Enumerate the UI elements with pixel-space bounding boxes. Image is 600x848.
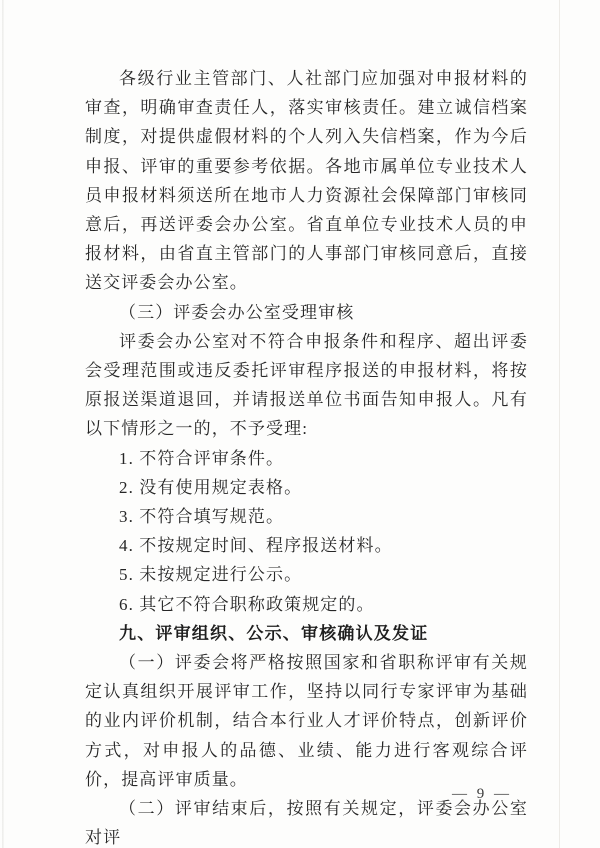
page-number: — 9 — — [452, 786, 512, 803]
list-item-2: 2. 没有使用规定表格。 — [85, 473, 528, 502]
scan-edge-right — [559, 0, 560, 848]
subheading-acceptance-review: （三）评委会办公室受理审核 — [85, 298, 528, 327]
scan-edge-left — [2, 0, 4, 848]
document-body: 各级行业主管部门、人社部门应加强对申报材料的审查，明确审查责任人，落实审核责任。… — [85, 64, 528, 848]
list-item-4: 4. 不按规定时间、程序报送材料。 — [85, 531, 528, 560]
paragraph-rejection-rules: 评委会办公室对不符合申报条件和程序、超出评委会受理范围或违反委托评审程序报送的申… — [85, 327, 528, 444]
paragraph-application-review: 各级行业主管部门、人社部门应加强对申报材料的审查，明确审查责任人，落实审核责任。… — [85, 64, 528, 298]
list-item-6: 6. 其它不符合职称政策规定的。 — [85, 590, 528, 619]
list-item-5: 5. 未按规定进行公示。 — [85, 560, 528, 589]
paragraph-review-organization: （一）评委会将严格按照国家和省职称评审有关规定认真组织开展评审工作，坚持以同行专… — [85, 648, 528, 794]
scanned-document-page: 各级行业主管部门、人社部门应加强对申报材料的审查，明确审查责任人，落实审核责任。… — [0, 0, 600, 848]
list-item-1: 1. 不符合评审条件。 — [85, 444, 528, 473]
list-item-3: 3. 不符合填写规范。 — [85, 502, 528, 531]
section-heading-nine: 九、评审组织、公示、审核确认及发证 — [85, 619, 528, 648]
